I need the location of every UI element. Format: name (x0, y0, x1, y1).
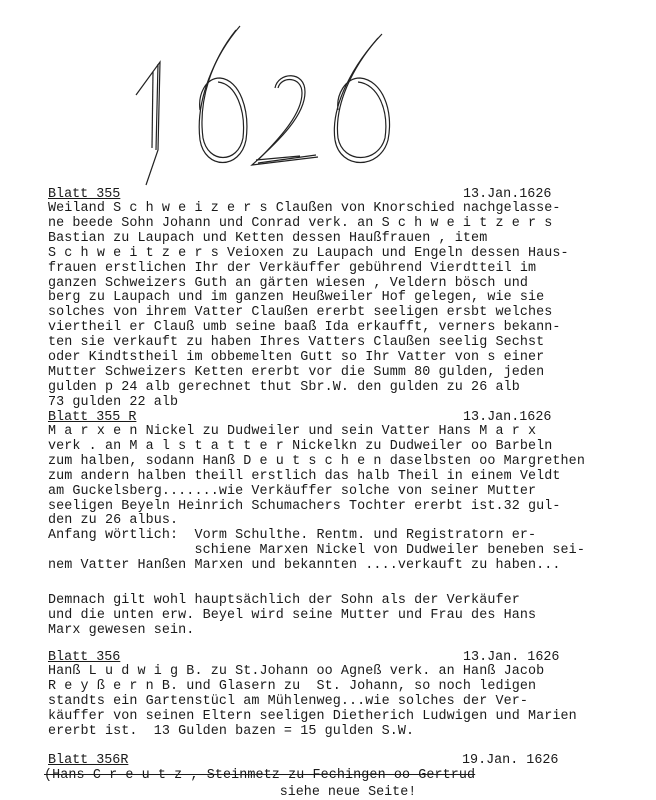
text-line: viertheil er Clauß umb seine baaß Ida er… (48, 320, 561, 335)
text-line: berg zu Laupach und im ganzen Heußweiler… (48, 290, 544, 305)
text-line: verk . an M a l s t a t t e r Nickelkn z… (48, 439, 552, 454)
see-next-page: siehe neue Seite! (20, 785, 656, 800)
text-line: am Guckelsberg.......wie Verkäuffer solc… (48, 484, 536, 499)
text-line: zum andern halben theill erstlich das ha… (48, 469, 561, 484)
text-line: und die unten erw. Beyel wird seine Mutt… (48, 608, 536, 623)
text-line: den zu 26 albus. (48, 513, 178, 528)
text-line: oder Kindtstheil im obbemelten Gutt so I… (48, 350, 544, 365)
text-line: ten sie verkauft zu haben Ihres Vatters … (48, 335, 544, 350)
text-line: R e y ß e r n B. und Glasern zu St. Joha… (48, 679, 536, 694)
blatt-355-label: Blatt 355 (48, 187, 120, 202)
text-line: schiene Marxen Nickel von Dudweiler bene… (48, 543, 585, 558)
text-line: Marx gewesen sein. (48, 623, 194, 638)
text-line: S c h w e i t z e r s Veioxen zu Laupach… (48, 246, 569, 261)
blatt-356-date: 13.Jan. 1626 (463, 650, 559, 665)
text-line: Hanß L u d w i g B. zu St.Johann oo Agne… (48, 664, 544, 679)
text-line: solches von ihrem Vatter Claußen ererbt … (48, 305, 552, 320)
text-line: standts ein Gartenstücl am Mühlenweg...w… (48, 694, 528, 709)
struck-line: (Hans C r e u t z , Steinmetz zu Feching… (44, 768, 475, 783)
blatt-356-label: Blatt 356 (48, 650, 120, 665)
text-line: nem Vatter Hanßen Marxen und bekannten .… (48, 558, 561, 573)
blatt-355r-date: 13.Jan.1626 (463, 410, 551, 425)
blatt-355-date: 13.Jan.1626 (463, 187, 551, 202)
text-line: Demnach gilt wohl hauptsächlich der Sohn… (48, 593, 520, 608)
text-line: frauen erstlichen Ihr der Verkäuffer geb… (48, 261, 536, 276)
text-line: zum halben, sodann Hanß D e u t s c h e … (48, 454, 585, 469)
text-line: M a r x e n Nickel zu Dudweiler und sein… (48, 424, 536, 439)
text-line: seeligen Beyeln Heinrich Schumachers Toc… (48, 499, 561, 514)
text-line: Anfang wörtlich: Vorm Schulthe. Rentm. u… (48, 528, 536, 543)
text-line: 73 gulden 22 alb (48, 395, 178, 410)
text-line: gulden p 24 alb gerechnet thut Sbr.W. de… (48, 380, 520, 395)
blatt-355r-label: Blatt 355 R (48, 410, 136, 425)
blatt-356r-label: Blatt 356R (48, 753, 128, 768)
text-line: ererbt ist. 13 Gulden bazen = 15 gulden … (48, 724, 414, 739)
text-line: ne beede Sohn Johann und Conrad verk. an… (48, 216, 552, 231)
text-line: Bastian zu Laupach und Ketten dessen Hau… (48, 231, 487, 246)
text-line: Weiland S c h w e i z e r s Claußen von … (48, 201, 561, 216)
year-heading: 1626 (0, 0, 656, 190)
blatt-356r-date: 19.Jan. 1626 (462, 753, 558, 768)
text-line: Mutter Schweizers Ketten ererbt vor die … (48, 365, 544, 380)
text-line: käuffer von seinen Eltern seeligen Dieth… (48, 709, 577, 724)
text-line: ganzen Schweizers Guth an gärten wiesen … (48, 276, 528, 291)
